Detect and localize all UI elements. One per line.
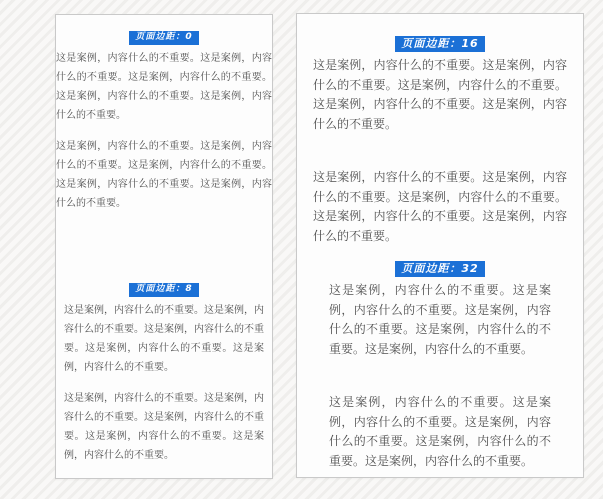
margin-badge-32: 页面边距：32 xyxy=(395,261,484,277)
demo-paragraph: 这是案例，内容什么的不重要。这是案例，内容什么的不重要。这是案例，内容什么的不重… xyxy=(56,137,272,213)
demo-text-block: 这是案例，内容什么的不重要。这是案例，内容什么的不重要。这是案例，内容什么的不重… xyxy=(297,56,583,246)
margin-demo-card-left: 页面边距：0 这是案例，内容什么的不重要。这是案例，内容什么的不重要。这是案例，… xyxy=(55,14,273,479)
margin-section-0: 页面边距：0 这是案例，内容什么的不重要。这是案例，内容什么的不重要。这是案例，… xyxy=(56,15,272,247)
demo-paragraph: 这是案例，内容什么的不重要。这是案例，内容什么的不重要。这是案例，内容什么的不重… xyxy=(64,389,264,465)
badge-row: 页面边距：0 xyxy=(56,26,272,45)
margin-section-16: 页面边距：16 这是案例，内容什么的不重要。这是案例，内容什么的不重要。这是案例… xyxy=(297,14,583,246)
demo-text-block: 这是案例，内容什么的不重要。这是案例，内容什么的不重要。这是案例，内容什么的不重… xyxy=(56,49,272,213)
margin-section-32: 页面边距：32 这是案例，内容什么的不重要。这是案例，内容什么的不重要。这是案例… xyxy=(297,246,583,478)
demo-paragraph: 这是案例，内容什么的不重要。这是案例，内容什么的不重要。这是案例，内容什么的不重… xyxy=(329,281,551,359)
badge-row: 页面边距：8 xyxy=(56,278,272,297)
margin-badge-8: 页面边距：8 xyxy=(129,283,198,297)
demo-paragraph: 这是案例，内容什么的不重要。这是案例，内容什么的不重要。这是案例，内容什么的不重… xyxy=(64,301,264,377)
margin-demo-card-right: 页面边距：16 这是案例，内容什么的不重要。这是案例，内容什么的不重要。这是案例… xyxy=(296,13,584,478)
demo-paragraph: 这是案例，内容什么的不重要。这是案例，内容什么的不重要。这是案例，内容什么的不重… xyxy=(329,393,551,471)
demo-text-block: 这是案例，内容什么的不重要。这是案例，内容什么的不重要。这是案例，内容什么的不重… xyxy=(56,301,272,465)
demo-text-block: 这是案例，内容什么的不重要。这是案例，内容什么的不重要。这是案例，内容什么的不重… xyxy=(297,281,583,471)
margin-badge-0: 页面边距：0 xyxy=(129,31,198,45)
badge-row: 页面边距：16 xyxy=(297,34,583,52)
demo-paragraph: 这是案例，内容什么的不重要。这是案例，内容什么的不重要。这是案例，内容什么的不重… xyxy=(313,168,567,246)
badge-row: 页面边距：32 xyxy=(297,259,583,277)
margin-badge-16: 页面边距：16 xyxy=(395,36,484,52)
margin-section-8: 页面边距：8 这是案例，内容什么的不重要。这是案例，内容什么的不重要。这是案例，… xyxy=(56,247,272,479)
demo-paragraph: 这是案例，内容什么的不重要。这是案例，内容什么的不重要。这是案例，内容什么的不重… xyxy=(313,56,567,134)
demo-paragraph: 这是案例，内容什么的不重要。这是案例，内容什么的不重要。这是案例，内容什么的不重… xyxy=(56,49,272,125)
